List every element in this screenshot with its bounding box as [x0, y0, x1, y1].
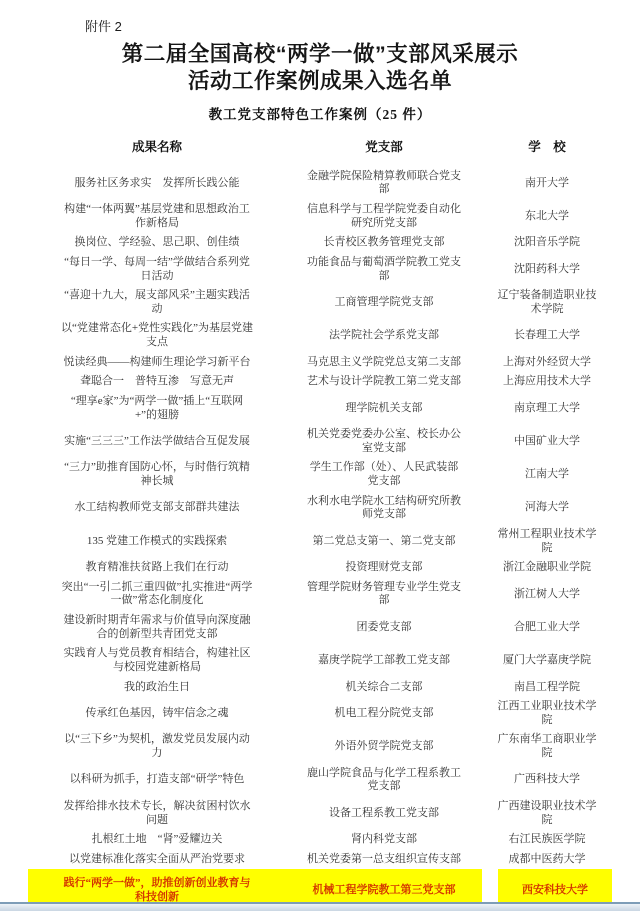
case-name-cell: 聋聪合一 普特互渗 写意无声 — [28, 372, 286, 392]
case-name-cell: 水工结构教师党支部支部群共建法 — [28, 492, 286, 525]
party-branch-cell: 第二党总支第一、第二党支部 — [286, 525, 482, 558]
case-name-cell: “喜迎十九大，展支部风采”主题实践活动 — [28, 286, 286, 319]
party-branch-cell: 外语外贸学院党支部 — [286, 730, 482, 763]
school-cell: 沈阳音乐学院 — [482, 233, 612, 253]
party-branch-cell: 机关党委第一总支组织宣传支部 — [286, 850, 482, 870]
school-cell: 浙江金融职业学院 — [482, 558, 612, 578]
school-cell: 江西工业职业技术学院 — [482, 697, 612, 730]
party-branch-cell: 机关综合二支部 — [286, 678, 482, 698]
results-table-header: 成果名称 党支部 学 校 — [28, 137, 612, 167]
case-name-cell: 以科研为抓手，打造支部“研学”特色 — [28, 764, 286, 797]
col-header-case-name: 成果名称 — [28, 137, 286, 167]
table-row: 以党建标准化落实全面从严治党要求 机关党委第一总支组织宣传支部 成都中医药大学 — [28, 850, 612, 870]
table-row: 以“三下乡”为契机，激发党员发展内动力 外语外贸学院党支部 广东南华工商职业学院 — [28, 730, 612, 763]
school-cell: 辽宁装备制造职业技术学院 — [482, 286, 612, 319]
school-cell: 南开大学 — [482, 167, 612, 200]
party-branch-cell: 信息科学与工程学院党委自动化研究所党支部 — [286, 200, 482, 233]
case-name-cell: “三力”助推育国防心怀，与时偕行筑精神长城 — [28, 458, 286, 491]
table-row: 我的政治生日 机关综合二支部 南昌工程学院 — [28, 678, 612, 698]
table-row: “喜迎十九大，展支部风采”主题实践活动 工商管理学院党支部 辽宁装备制造职业技术… — [28, 286, 612, 319]
case-name-cell: 以党建标准化落实全面从严治党要求 — [28, 850, 286, 870]
table-row: “三力”助推育国防心怀，与时偕行筑精神长城 学生工作部（处）、人民武装部党支部 … — [28, 458, 612, 491]
section-title: 教工党支部特色工作案例（25 件） — [0, 103, 640, 123]
table-row: 聋聪合一 普特互渗 写意无声 艺术与设计学院教工第二党支部 上海应用技术大学 — [28, 372, 612, 392]
case-name-cell: “理享e家”为“两学一做”插上“互联网+”的翅膀 — [28, 392, 286, 425]
school-cell: 江南大学 — [482, 458, 612, 491]
table-row: 发挥给排水技术专长，解决贫困村饮水问题 设备工程系教工党支部 广西建设职业技术学… — [28, 797, 612, 830]
party-branch-cell: 学生工作部（处）、人民武装部党支部 — [286, 458, 482, 491]
school-cell: 厦门大学嘉庚学院 — [482, 644, 612, 677]
party-branch-cell: 功能食品与葡萄酒学院教工党支部 — [286, 253, 482, 286]
party-branch-cell: 长青校区教务管理党支部 — [286, 233, 482, 253]
school-cell: 东北大学 — [482, 200, 612, 233]
school-cell: 河海大学 — [482, 492, 612, 525]
table-row: 以科研为抓手，打造支部“研学”特色 鹿山学院食品与化学工程系教工党支部 广西科技… — [28, 764, 612, 797]
page-title: 第二届全国高校“两学一做”支部风采展示 活动工作案例成果入选名单 — [20, 41, 620, 95]
attachment-label: 附件 2 — [85, 16, 640, 35]
case-name-cell: 以“三下乡”为契机，激发党员发展内动力 — [28, 730, 286, 763]
table-row: 实施“三三三”工作法学做结合互促发展 机关党委党委办公室、校长办公室党支部 中国… — [28, 425, 612, 458]
table-row: 服务社区务求实 发挥所长践公能 金融学院保险精算教师联合党支部 南开大学 — [28, 167, 612, 200]
school-cell: 广西科技大学 — [482, 764, 612, 797]
case-name-cell: 悦读经典——构建师生理论学习新平台 — [28, 353, 286, 373]
table-row: 突出“一引二抓三重四做”扎实推进“两学一做”常态化制度化 管理学院财务管理专业学… — [28, 578, 612, 611]
table-row: “理享e家”为“两学一做”插上“互联网+”的翅膀 理学院机关支部 南京理工大学 — [28, 392, 612, 425]
school-cell: 合肥工业大学 — [482, 611, 612, 644]
table-row: 教育精准扶贫路上我们在行动 投资理财党支部 浙江金融职业学院 — [28, 558, 612, 578]
page-title-line1: 第二届全国高校“两学一做”支部风采展示 — [122, 42, 519, 66]
party-branch-cell: 投资理财党支部 — [286, 558, 482, 578]
table-row: 建设新时期青年需求与价值导向深度融合的创新型共青团党支部 团委党支部 合肥工业大… — [28, 611, 612, 644]
case-name-cell: 实践育人与党员教育相结合，构建社区与校园党建新格局 — [28, 644, 286, 677]
school-cell: 常州工程职业技术学院 — [482, 525, 612, 558]
window-bottom-edge — [0, 902, 640, 911]
school-cell: 上海对外经贸大学 — [482, 353, 612, 373]
party-branch-cell: 设备工程系教工党支部 — [286, 797, 482, 830]
case-name-cell: 扎根红土地 “肾”爱耀边关 — [28, 830, 286, 850]
party-branch-cell: 机电工程分院党支部 — [286, 697, 482, 730]
table-row: 悦读经典——构建师生理论学习新平台 马克思主义学院党总支第二支部 上海对外经贸大… — [28, 353, 612, 373]
case-name-cell: 突出“一引二抓三重四做”扎实推进“两学一做”常态化制度化 — [28, 578, 286, 611]
page-title-line2: 活动工作案例成果入选名单 — [188, 69, 452, 93]
party-branch-cell: 金融学院保险精算教师联合党支部 — [286, 167, 482, 200]
school-cell: 长春理工大学 — [482, 319, 612, 352]
party-branch-cell: 法学院社会学系党支部 — [286, 319, 482, 352]
case-name-cell: 建设新时期青年需求与价值导向深度融合的创新型共青团党支部 — [28, 611, 286, 644]
party-branch-cell: 管理学院财务管理专业学生党支部 — [286, 578, 482, 611]
school-cell: 广西建设职业技术学院 — [482, 797, 612, 830]
col-header-party-branch: 党支部 — [286, 137, 482, 167]
case-name-cell: 发挥给排水技术专长，解决贫困村饮水问题 — [28, 797, 286, 830]
school-cell: 沈阳药科大学 — [482, 253, 612, 286]
party-branch-cell: 工商管理学院党支部 — [286, 286, 482, 319]
table-row: 实践育人与党员教育相结合，构建社区与校园党建新格局 嘉庚学院学工部教工党支部 厦… — [28, 644, 612, 677]
case-name-cell: 构建“一体两翼”基层党建和思想政治工作新格局 — [28, 200, 286, 233]
case-name-cell: 服务社区务求实 发挥所长践公能 — [28, 167, 286, 200]
school-cell: 南昌工程学院 — [482, 678, 612, 698]
case-name-cell: 实施“三三三”工作法学做结合互促发展 — [28, 425, 286, 458]
school-cell: 南京理工大学 — [482, 392, 612, 425]
party-branch-cell: 机关党委党委办公室、校长办公室党支部 — [286, 425, 482, 458]
school-cell: 上海应用技术大学 — [482, 372, 612, 392]
case-name-cell: 传承红色基因，铸牢信念之魂 — [28, 697, 286, 730]
case-name-cell: 135 党建工作模式的实践探索 — [28, 525, 286, 558]
party-branch-cell: 水利水电学院水工结构研究所教师党支部 — [286, 492, 482, 525]
party-branch-cell: 鹿山学院食品与化学工程系教工党支部 — [286, 764, 482, 797]
table-row: 扎根红土地 “肾”爱耀边关 肾内科党支部 右江民族医学院 — [28, 830, 612, 850]
case-name-cell: 换岗位、学经验、思己职、创佳绩 — [28, 233, 286, 253]
school-cell: 浙江树人大学 — [482, 578, 612, 611]
results-table: 成果名称 党支部 学 校 服务社区务求实 发挥所长践公能 金融学院保险精算教师联… — [28, 137, 612, 911]
school-cell: 成都中医药大学 — [482, 850, 612, 870]
party-branch-cell: 嘉庚学院学工部教工党支部 — [286, 644, 482, 677]
school-cell: 中国矿业大学 — [482, 425, 612, 458]
school-cell: 广东南华工商职业学院 — [482, 730, 612, 763]
header-row: 成果名称 党支部 学 校 — [28, 137, 612, 167]
party-branch-cell: 团委党支部 — [286, 611, 482, 644]
party-branch-cell: 艺术与设计学院教工第二党支部 — [286, 372, 482, 392]
table-row: 构建“一体两翼”基层党建和思想政治工作新格局 信息科学与工程学院党委自动化研究所… — [28, 200, 612, 233]
case-name-cell: 我的政治生日 — [28, 678, 286, 698]
case-name-cell: 以“党建常态化+党性实践化”为基层党建支点 — [28, 319, 286, 352]
table-row: 以“党建常态化+党性实践化”为基层党建支点 法学院社会学系党支部 长春理工大学 — [28, 319, 612, 352]
party-branch-cell: 马克思主义学院党总支第二支部 — [286, 353, 482, 373]
table-row: 水工结构教师党支部支部群共建法 水利水电学院水工结构研究所教师党支部 河海大学 — [28, 492, 612, 525]
table-row: 换岗位、学经验、思己职、创佳绩 长青校区教务管理党支部 沈阳音乐学院 — [28, 233, 612, 253]
party-branch-cell: 肾内科党支部 — [286, 830, 482, 850]
table-row: “每日一学、每周一结”学做结合系列党日活动 功能食品与葡萄酒学院教工党支部 沈阳… — [28, 253, 612, 286]
case-name-cell: “每日一学、每周一结”学做结合系列党日活动 — [28, 253, 286, 286]
document-page: 附件 2 第二届全国高校“两学一做”支部风采展示 活动工作案例成果入选名单 教工… — [0, 0, 640, 911]
results-table-body: 服务社区务求实 发挥所长践公能 金融学院保险精算教师联合党支部 南开大学 构建“… — [28, 167, 612, 911]
school-cell: 右江民族医学院 — [482, 830, 612, 850]
case-name-cell: 教育精准扶贫路上我们在行动 — [28, 558, 286, 578]
table-row: 135 党建工作模式的实践探索 第二党总支第一、第二党支部 常州工程职业技术学院 — [28, 525, 612, 558]
party-branch-cell: 理学院机关支部 — [286, 392, 482, 425]
col-header-school: 学 校 — [482, 137, 612, 167]
table-row: 传承红色基因，铸牢信念之魂 机电工程分院党支部 江西工业职业技术学院 — [28, 697, 612, 730]
